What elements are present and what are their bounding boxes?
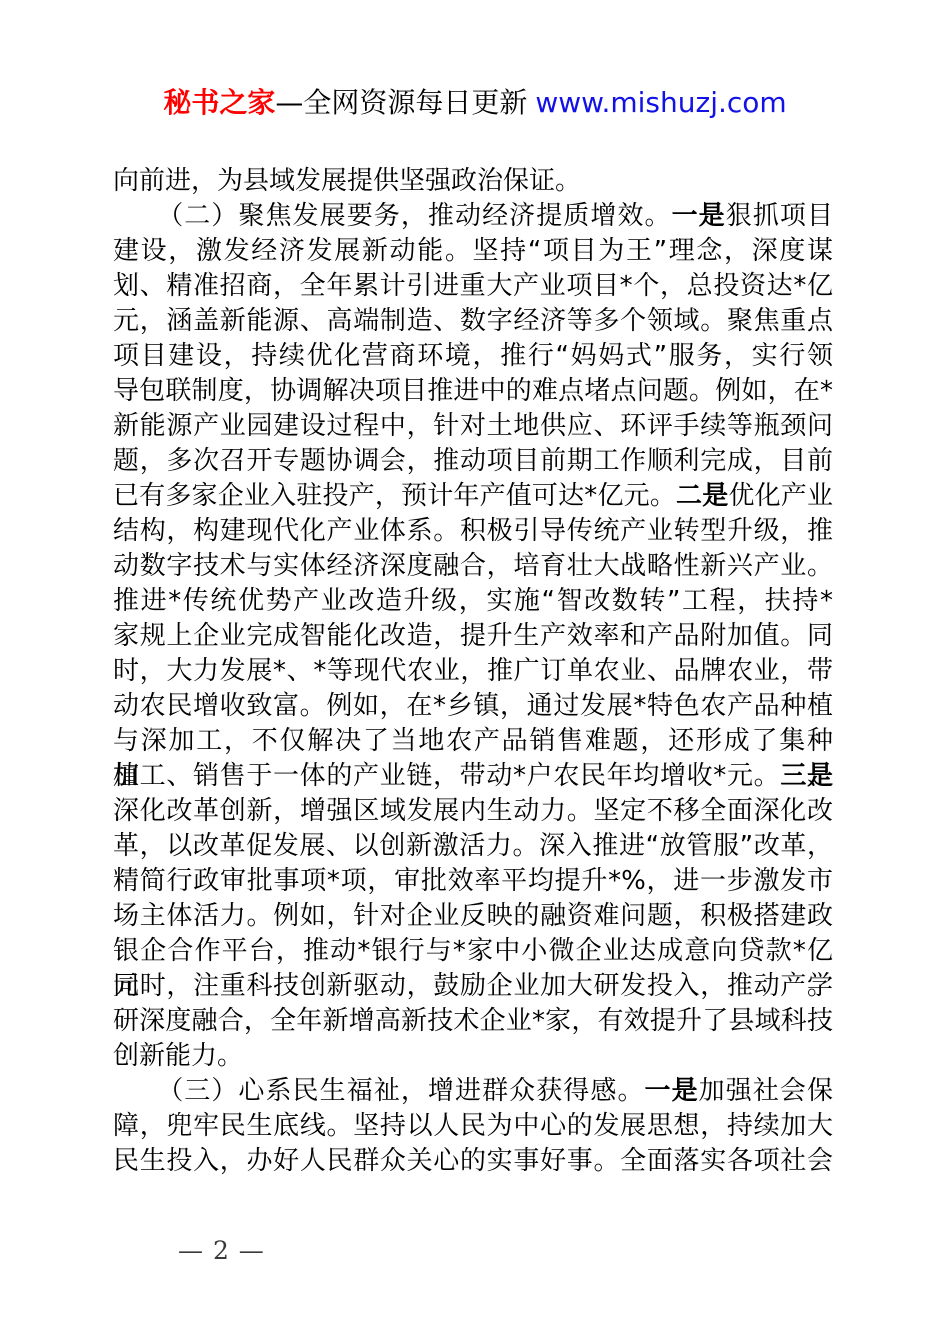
text-line: 结构，构建现代化产业体系。积极引导传统产业转型升级，推: [113, 514, 833, 549]
text-line: 银企合作平台，推动*银行与*家中小微企业达成意向贷款*亿元。: [113, 934, 833, 969]
text-segment: 深化改革创新，增强区域发展内生动力。坚定不移全面深化改: [113, 796, 833, 826]
text-segment: 题，多次召开专题协调会，推动项目前期工作顺利完成，目前: [113, 446, 833, 476]
text-segment: 创新能力。: [113, 1041, 243, 1071]
text-line: 障，兜牢民生底线。坚持以人民为中心的发展思想，持续加大: [113, 1109, 833, 1144]
text-segment: 精简行政审批事项*项，审批效率平均提升*%，进一步激发市: [113, 866, 833, 896]
text-line: 项目建设，持续优化营商环境，推行“妈妈式”服务，实行领: [113, 339, 833, 374]
text-segment: 加强社会保: [699, 1076, 833, 1106]
text-line: （三）心系民生福祉，增进群众获得感。一是加强社会保: [113, 1074, 833, 1109]
text-line: 家规上企业完成智能化改造，提升生产效率和产品附加值。同: [113, 619, 833, 654]
text-line: 向前进，为县域发展提供坚强政治保证。: [113, 164, 833, 199]
text-segment: （三）心系民生福祉，增进群众获得感。: [157, 1076, 644, 1106]
document-page: 秘书之家—全网资源每日更新www.mishuzj.com 向前进，为县域发展提供…: [0, 0, 950, 1344]
text-line: 精简行政审批事项*项，审批效率平均提升*%，进一步激发市: [113, 864, 833, 899]
text-line: 建设，激发经济发展新动能。坚持“项目为王”理念，深度谋: [113, 234, 833, 269]
text-segment: 民生投入，办好人民群众关心的实事好事。全面落实各项社会: [113, 1146, 833, 1176]
bold-run-in-heading: 三是: [780, 761, 833, 791]
text-segment: 家规上企业完成智能化改造，提升生产效率和产品附加值。同: [113, 621, 833, 651]
text-line: 元，涵盖新能源、高端制造、数字经济等多个领域。聚焦重点: [113, 304, 833, 339]
site-url: www.mishuzj.com: [535, 86, 786, 119]
document-body: 向前进，为县域发展提供坚强政治保证。（二）聚焦发展要务，推动经济提质增效。一是狠…: [113, 164, 833, 1179]
text-line: 与深加工，不仅解决了当地农产品销售难题，还形成了集种植、: [113, 724, 833, 759]
text-segment: 推进*传统优势产业改造升级，实施“智改数转”工程，扶持*: [113, 586, 833, 616]
page-header: 秘书之家—全网资源每日更新www.mishuzj.com: [0, 85, 950, 121]
text-segment: 同时，注重科技创新驱动，鼓励企业加大研发投入，推动产学: [113, 971, 833, 1001]
text-line: 新能源产业园建设过程中，针对土地供应、环评手续等瓶颈问: [113, 409, 833, 444]
text-line: 导包联制度，协调解决项目推进中的难点堵点问题。例如，在*: [113, 374, 833, 409]
page-number: — 2 —: [178, 1236, 265, 1266]
text-segment: 结构，构建现代化产业体系。积极引导传统产业转型升级，推: [113, 516, 833, 546]
text-line: 场主体活力。例如，针对企业反映的融资难问题，积极搭建政: [113, 899, 833, 934]
text-segment: 项目建设，持续优化营商环境，推行“妈妈式”服务，实行领: [113, 341, 833, 371]
text-line: 创新能力。: [113, 1039, 833, 1074]
text-line: 动农民增收致富。例如，在*乡镇，通过发展*特色农产品种植: [113, 689, 833, 724]
text-segment: （二）聚焦发展要务，推动经济提质增效。: [157, 201, 671, 231]
text-segment: 时，大力发展*、*等现代农业，推广订单农业、品牌农业，带: [113, 656, 833, 686]
text-segment: 建设，激发经济发展新动能。坚持“项目为王”理念，深度谋: [113, 236, 833, 266]
text-segment: 优化产业: [728, 481, 833, 511]
text-segment: 革，以改革促发展、以创新激活力。深入推进“放管服”改革，: [113, 831, 833, 861]
text-segment: 障，兜牢民生底线。坚持以人民为中心的发展思想，持续加大: [113, 1111, 833, 1141]
text-line: 动数字技术与实体经济深度融合，培育壮大战略性新兴产业。: [113, 549, 833, 584]
text-line: 时，大力发展*、*等现代农业，推广订单农业、品牌农业，带: [113, 654, 833, 689]
text-line: 划、精准招商，全年累计引进重大产业项目*个，总投资达*亿: [113, 269, 833, 304]
text-line: （二）聚焦发展要务，推动经济提质增效。一是狠抓项目: [113, 199, 833, 234]
text-line: 民生投入，办好人民群众关心的实事好事。全面落实各项社会: [113, 1144, 833, 1179]
text-line: 加工、销售于一体的产业链，带动*户农民年均增收*元。三是: [113, 759, 833, 794]
bold-run-in-heading: 一是: [645, 1076, 699, 1106]
text-segment: 导包联制度，协调解决项目推进中的难点堵点问题。例如，在*: [113, 376, 833, 406]
text-line: 已有多家企业入驻投产，预计年产值可达*亿元。二是优化产业: [113, 479, 833, 514]
text-segment: 研深度融合，全年新增高新技术企业*家，有效提升了县域科技: [113, 1006, 833, 1036]
text-line: 深化改革创新，增强区域发展内生动力。坚定不移全面深化改: [113, 794, 833, 829]
text-line: 革，以改革促发展、以创新激活力。深入推进“放管服”改革，: [113, 829, 833, 864]
text-segment: 动农民增收致富。例如，在*乡镇，通过发展*特色农产品种植: [113, 691, 833, 721]
site-brand: 秘书之家: [163, 86, 275, 119]
text-segment: 向前进，为县域发展提供坚强政治保证。: [113, 166, 581, 196]
text-segment: 已有多家企业入驻投产，预计年产值可达*亿元。: [113, 481, 676, 511]
text-segment: 元，涵盖新能源、高端制造、数字经济等多个领域。聚焦重点: [113, 306, 833, 336]
bold-run-in-heading: 一是: [672, 201, 726, 231]
text-segment: 划、精准招商，全年累计引进重大产业项目*个，总投资达*亿: [113, 271, 833, 301]
text-line: 同时，注重科技创新驱动，鼓励企业加大研发投入，推动产学: [113, 969, 833, 1004]
text-segment: 加工、销售于一体的产业链，带动*户农民年均增收*元。: [113, 761, 780, 791]
text-segment: 新能源产业园建设过程中，针对土地供应、环评手续等瓶颈问: [113, 411, 833, 441]
text-line: 推进*传统优势产业改造升级，实施“智改数转”工程，扶持*: [113, 584, 833, 619]
text-segment: 动数字技术与实体经济深度融合，培育壮大战略性新兴产业。: [113, 551, 833, 581]
text-segment: 场主体活力。例如，针对企业反映的融资难问题，积极搭建政: [113, 901, 833, 931]
text-line: 研深度融合，全年新增高新技术企业*家，有效提升了县域科技: [113, 1004, 833, 1039]
text-segment: 狠抓项目: [726, 201, 833, 231]
text-line: 题，多次召开专题协调会，推动项目前期工作顺利完成，目前: [113, 444, 833, 479]
site-tagline: —全网资源每日更新: [275, 86, 527, 119]
bold-run-in-heading: 二是: [676, 481, 728, 511]
